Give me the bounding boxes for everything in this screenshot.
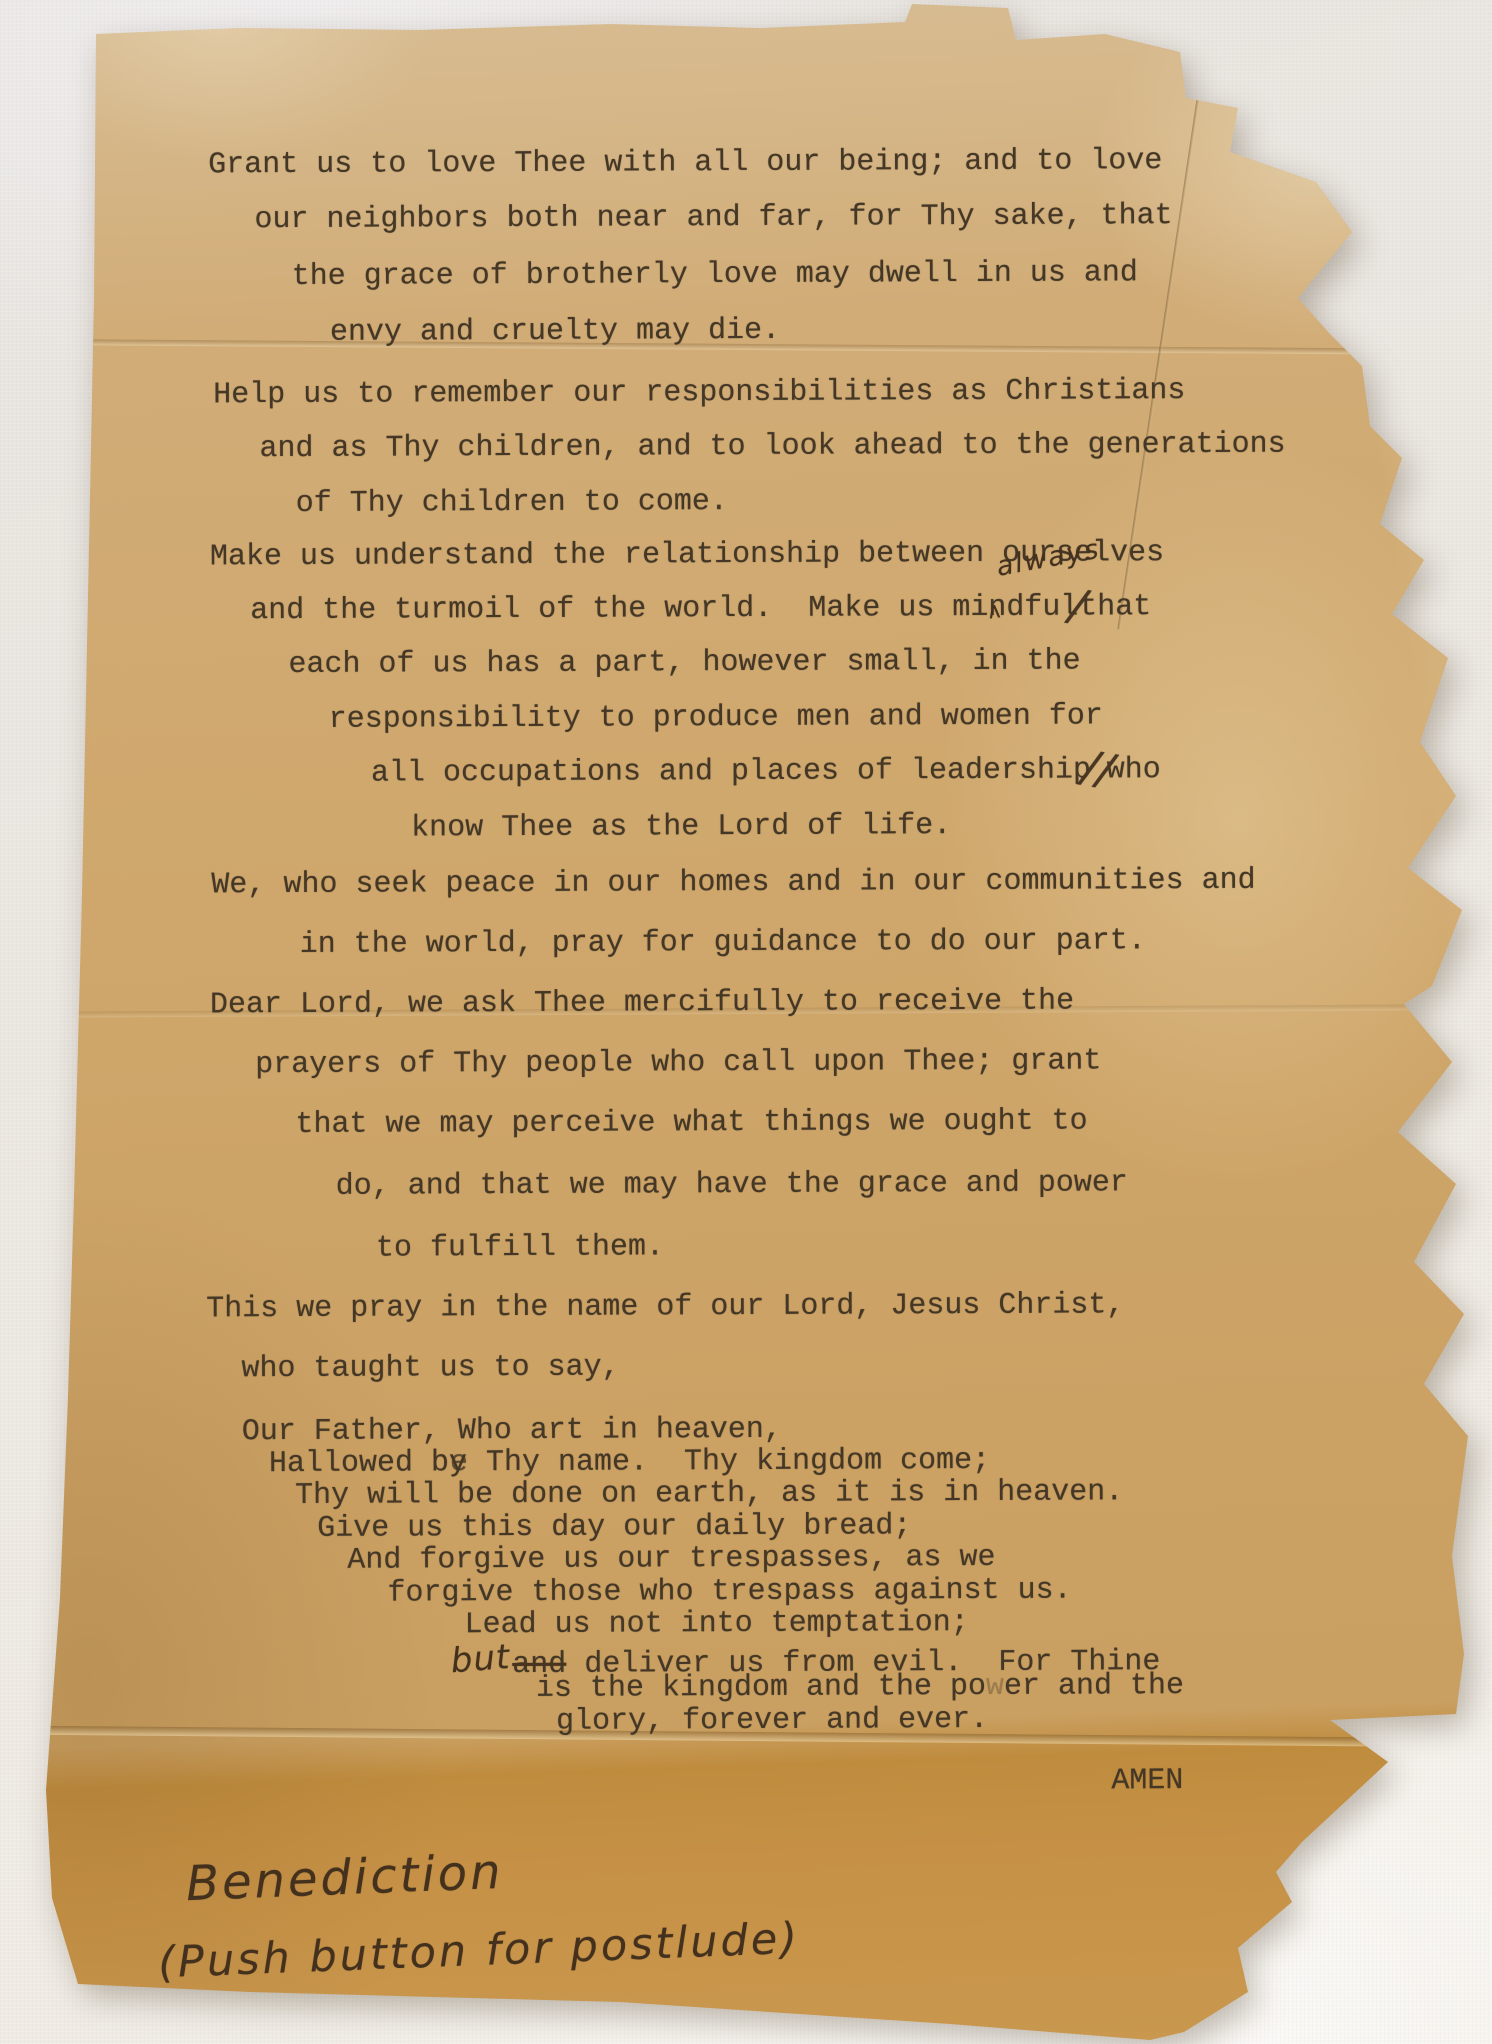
pen-double-slash-mark: ∕∕ xyxy=(1083,767,1112,772)
faint-letter-w: w xyxy=(986,1670,1004,1704)
typed-line: of Thy children to come. xyxy=(296,487,728,519)
typed-line: Give us this day our daily bread; xyxy=(317,1511,911,1544)
typed-line: do, and that we may have the grace and p… xyxy=(336,1168,1128,1201)
typed-line: in the world, pray for guidance to do ou… xyxy=(300,926,1146,960)
amen-line: AMEN xyxy=(1111,1766,1183,1796)
typed-line: Grant us to love Thee with all our being… xyxy=(208,146,1162,180)
typed-line-faint-letter: is the kingdom and the power and the xyxy=(536,1671,1184,1704)
typed-line: envy and cruelty may die. xyxy=(330,316,780,348)
overtyped-letter: e xyxy=(450,1448,468,1478)
typed-line: We, who seek peace in our homes and in o… xyxy=(211,866,1255,901)
typed-line: that we may perceive what things we ough… xyxy=(295,1107,1087,1140)
typed-line: Lead us not into temptation; xyxy=(465,1608,969,1640)
photo-of-typed-prayer-page: { "scene": { "description": "aged typewr… xyxy=(0,0,1492,2044)
torn-paper-sheet: Grant us to love Thee with all our being… xyxy=(0,0,1492,2044)
typed-line: who taught us to say, xyxy=(241,1353,619,1385)
typed-fragment: er and the xyxy=(1004,1669,1184,1704)
typed-fragment: Hallowed b xyxy=(269,1446,449,1481)
typed-line-with-slashes: all occupations and places of leadership… xyxy=(371,755,1161,788)
pen-slash-mark: ∕ xyxy=(1070,605,1085,608)
typed-fragment: and the turmoil of the world. Make us mi… xyxy=(250,591,1078,629)
typed-line: Dear Lord, we ask Thee mercifully to rec… xyxy=(210,987,1074,1021)
typed-text-layer: Grant us to love Thee with all our being… xyxy=(0,0,1492,2044)
typed-line: know Thee as the Lord of life. xyxy=(411,811,951,843)
typed-line-overstrike: Hallowed bye Thy name. Thy kingdom come; xyxy=(269,1446,990,1479)
typed-fragment: is the kingdom and the po xyxy=(536,1670,986,1706)
typed-line: Thy will be done on earth, as it is in h… xyxy=(295,1477,1123,1511)
typed-line: This we pray in the name of our Lord, Je… xyxy=(206,1290,1124,1324)
typed-line: And forgive us our trespasses, as we xyxy=(347,1543,995,1576)
typed-line: each of us has a part, however small, in… xyxy=(288,647,1080,680)
typed-line: forgive those who trespass against us. xyxy=(387,1576,1071,1609)
typed-line: to fulfill them. xyxy=(376,1232,664,1263)
typed-line: the grace of brotherly love may dwell in… xyxy=(292,258,1138,292)
paper-wrap: Grant us to love Thee with all our being… xyxy=(0,0,1492,2044)
typed-line: glory, forever and ever. xyxy=(556,1705,988,1737)
typed-fragment: all occupations and places of leadership xyxy=(371,753,1091,790)
typed-fragment: that xyxy=(1079,590,1151,624)
typed-line: Our Father, Who art in heaven, xyxy=(242,1415,782,1447)
typed-line: responsibility to produce men and women … xyxy=(329,701,1103,734)
pen-word-but: but xyxy=(450,1640,512,1678)
typed-line-with-insertion: and the turmoil of the world. Make us mi… xyxy=(250,592,1151,626)
typed-fragment: Thy name. Thy kingdom come; xyxy=(468,1444,990,1480)
pen-caret-mark: ∧ xyxy=(985,598,1004,625)
typed-line: our neighbors both near and far, for Thy… xyxy=(254,201,1172,235)
typed-line: prayers of Thy people who call upon Thee… xyxy=(255,1046,1101,1080)
typed-line: and as Thy children, and to look ahead t… xyxy=(259,430,1285,464)
typed-line: Help us to remember our responsibilities… xyxy=(213,376,1185,410)
